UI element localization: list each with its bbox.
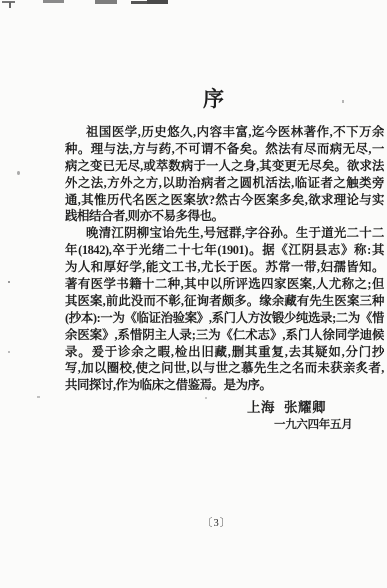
scan-artifact bbox=[147, 0, 168, 4]
body-line: 外之法,方外之方,以助治病者之圆机活法,临证者之触类旁 bbox=[65, 175, 384, 192]
signature-place: 上海 bbox=[247, 400, 275, 415]
scanned-book-page: 序 祖国医学,历史悠久,内容丰富,迄今医林著作,不下万余种。理与法,方与药,不可… bbox=[0, 0, 387, 588]
body-line: 著有医学书籍十二种,其中以所评选四家医案,人尤称之;但 bbox=[65, 276, 384, 293]
scan-artifact bbox=[2, 1, 15, 3]
signature-name: 张耀卿 bbox=[284, 400, 326, 415]
body-line: 其医案,前此没而不彰,征询者颇多。缘余藏有先生医案三种 bbox=[65, 293, 384, 310]
scan-speck bbox=[37, 396, 40, 398]
body-line: 年(1842),卒于光绪二十七年(1901)。据《江阴县志》称:其 bbox=[65, 242, 384, 259]
body-line: 通,其惟历代名医之医案欤?然古今医案多矣,欲求理论与实 bbox=[65, 192, 384, 209]
body-line: (抄本):一为《临证治验案》,系门人方汝锻少纯选录;二为《惜 bbox=[65, 310, 384, 327]
scan-artifact bbox=[43, 0, 64, 3]
body-line: 为人和厚好学,能文工书,尤长于医。苏常一带,妇孺皆知。 bbox=[65, 259, 384, 276]
body-line: 录。爰于诊余之暇,检出旧藏,删其重复,去其疑如,分门抄 bbox=[65, 344, 384, 361]
scan-artifact bbox=[131, 1, 147, 4]
preface-title: 序 bbox=[203, 88, 225, 110]
page-number: 〔3〕 bbox=[202, 518, 231, 530]
body-line: 祖国医学,历史悠久,内容丰富,迄今医林著作,不下万余 bbox=[65, 124, 384, 141]
signature-date: 一九六四年五月 bbox=[274, 419, 352, 432]
scan-speck bbox=[8, 351, 10, 353]
body-line: 病之变已无尽,或萃数病于一人之身,其变更无尽矣。欲求法 bbox=[65, 158, 384, 175]
body-line: 共同探讨,作为临床之借鉴焉。是为序。 bbox=[65, 377, 384, 394]
scan-artifact bbox=[9, 2, 11, 8]
body-line: 践相结合者,则亦不易多得也。 bbox=[65, 208, 384, 225]
signature: 上海张耀卿 bbox=[247, 400, 326, 415]
scan-artifact bbox=[95, 0, 117, 4]
scan-speck bbox=[8, 281, 10, 283]
preface-body: 祖国医学,历史悠久,内容丰富,迄今医林著作,不下万余种。理与法,方与药,不可谓不… bbox=[65, 124, 384, 394]
scan-speck bbox=[17, 171, 20, 175]
body-line: 种。理与法,方与药,不可谓不备矣。然法有尽而病无尽,一 bbox=[65, 141, 384, 158]
scan-speck bbox=[342, 100, 344, 103]
body-line: 余医案》,系惜阴主人录;三为《仁术志》,系门人徐同学迪候 bbox=[65, 327, 384, 344]
scan-speck bbox=[205, 397, 207, 399]
body-line: 写,加以圈校,使之问世,以与世之慕先生之名而未获亲炙者, bbox=[65, 360, 384, 377]
body-line: 晚清江阴柳宝诒先生,号冠群,字谷孙。生于道光二十二 bbox=[65, 225, 384, 242]
